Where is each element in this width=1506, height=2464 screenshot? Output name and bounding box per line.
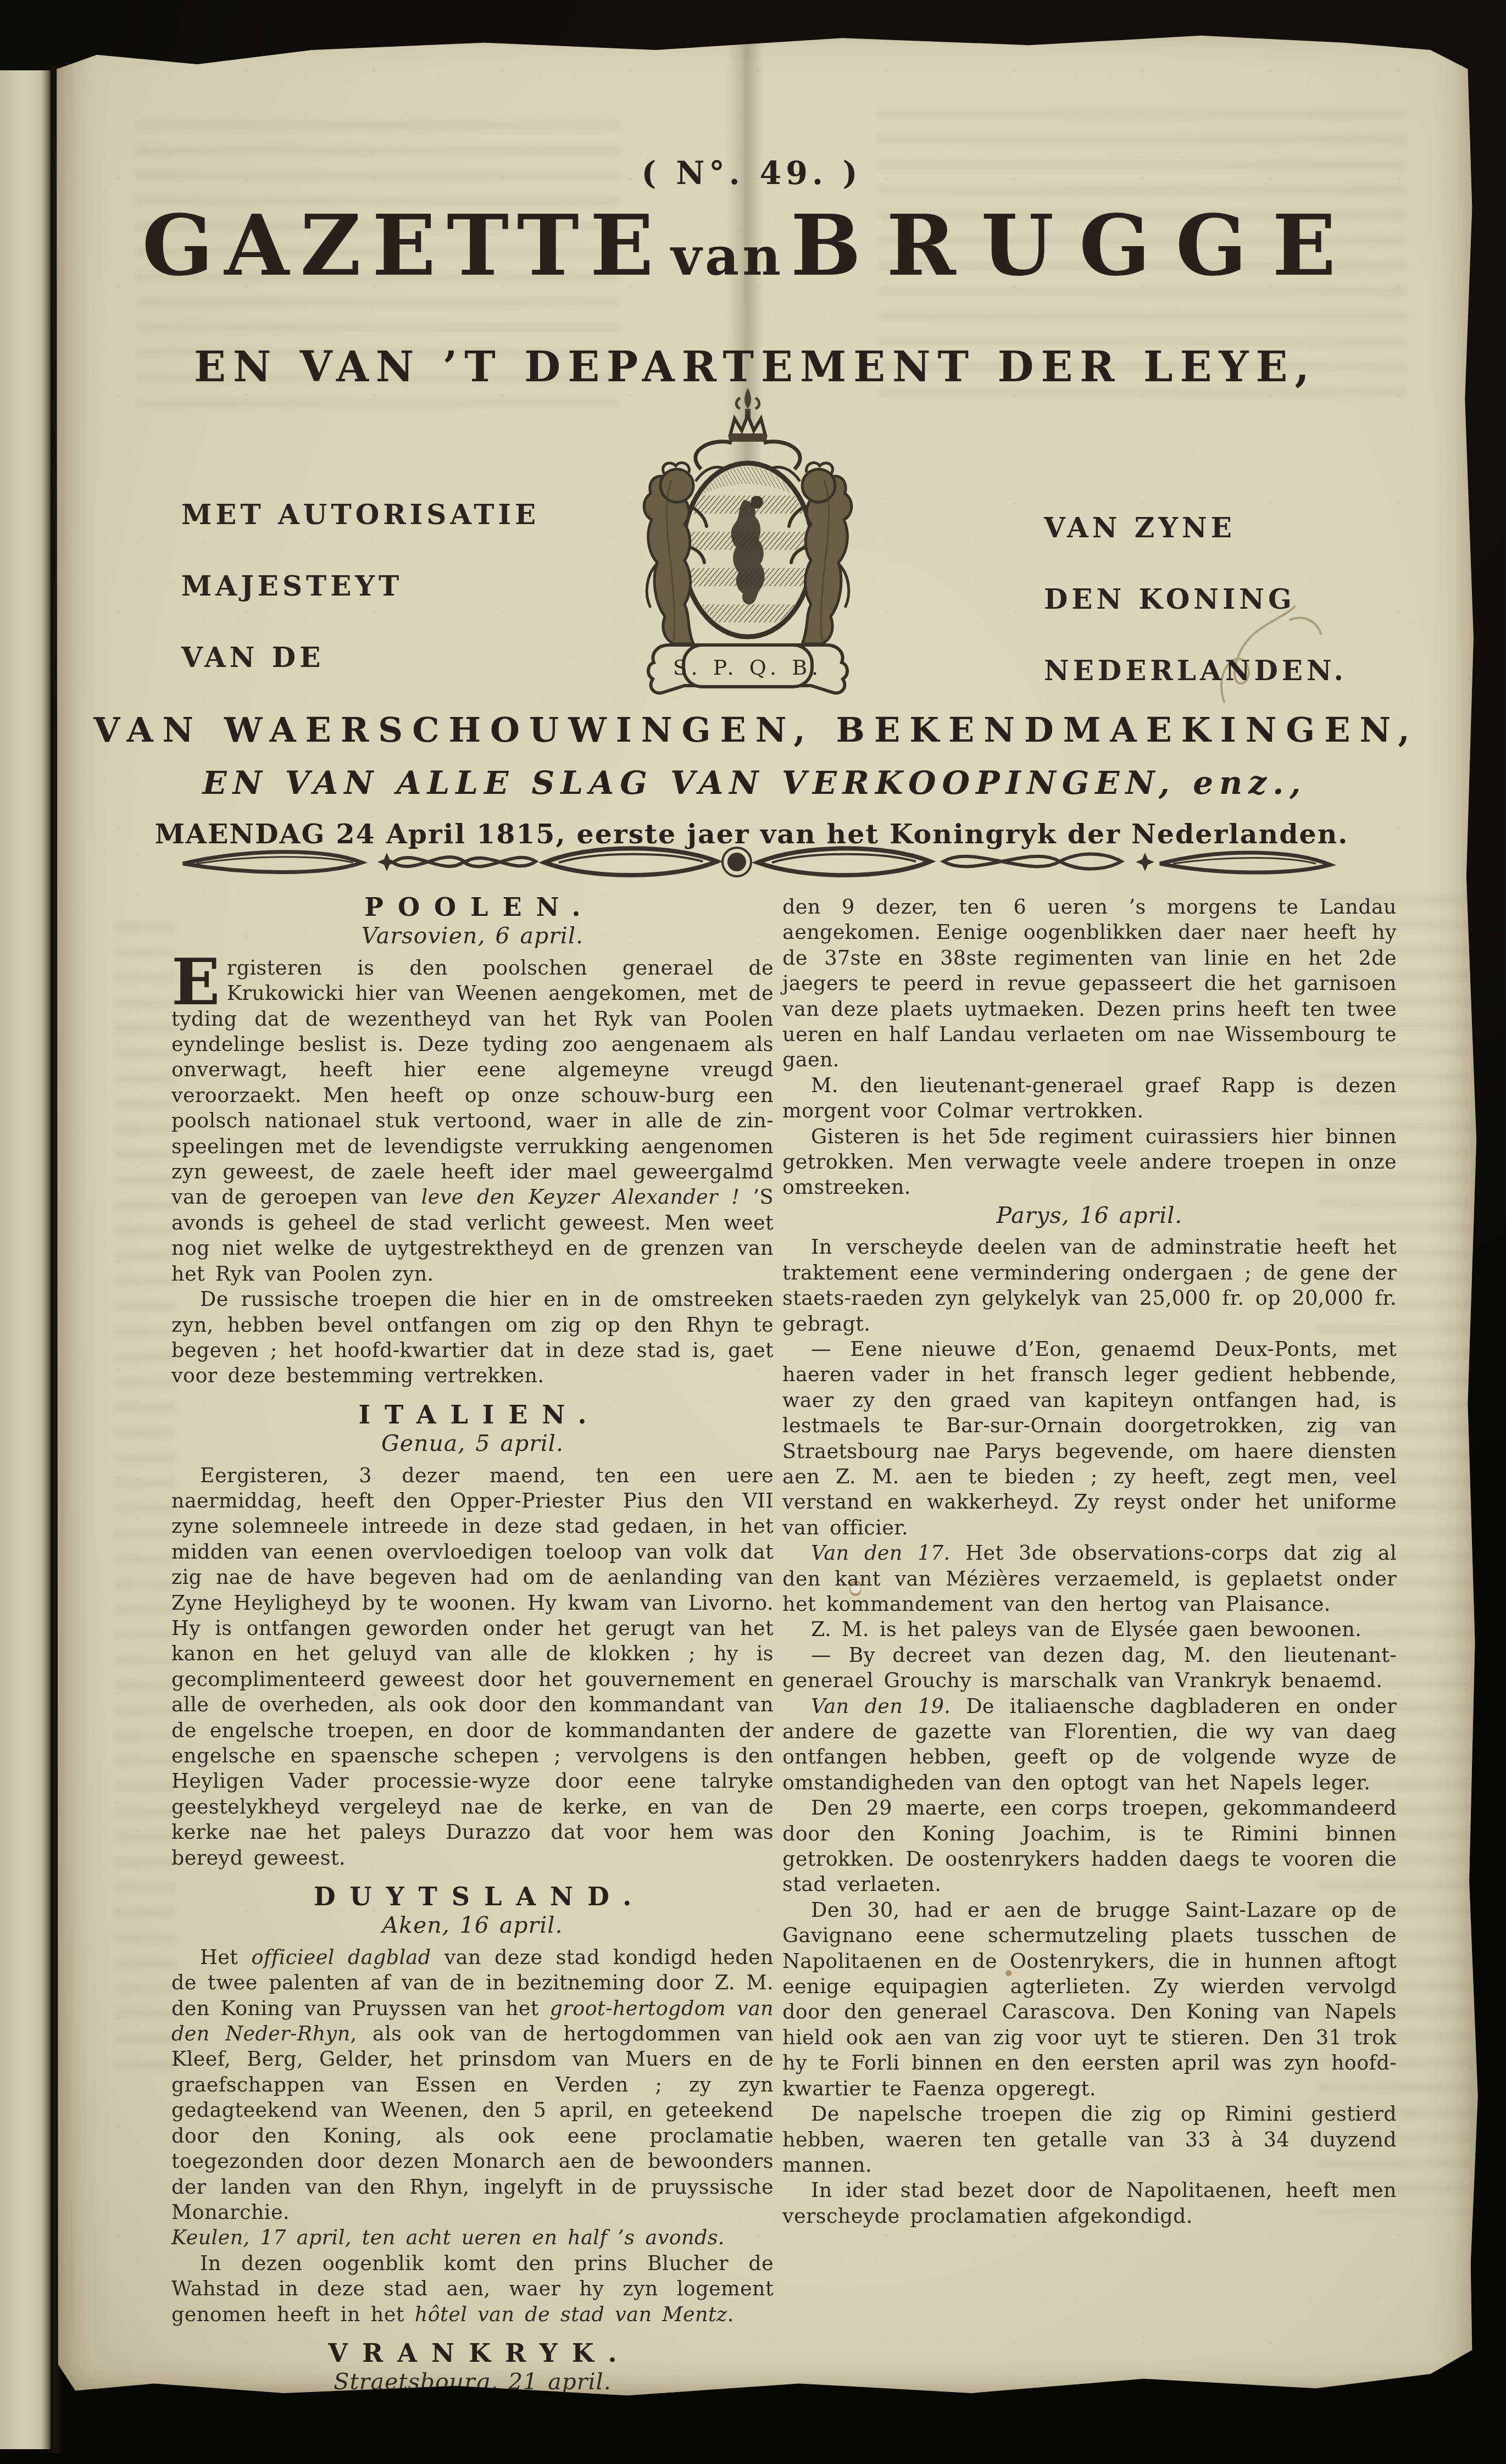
- newspaper-title: GAZETTE van BRUGGE: [54, 199, 1449, 318]
- dateline: Aken, 16 april.: [171, 1912, 774, 1938]
- news-paragraph: Het officieel dagblad van deze stad kond…: [171, 1945, 774, 2225]
- section-heading: ITALIEN.: [171, 1402, 774, 1427]
- dateline: Parys, 16 april.: [782, 1203, 1397, 1228]
- authorization-left: MET AUTORISATIE MAJESTEYT VAN DE: [181, 479, 540, 693]
- dateline: Straetsbourg, 21 april.: [171, 2369, 774, 2394]
- divider-ornament: [177, 841, 1342, 882]
- news-paragraph: Gisteren is het 5de regiment cuirassiers…: [782, 1124, 1397, 1200]
- news-paragraph: Den 29 maerte, een corps troepen, gekomm…: [782, 1795, 1397, 1898]
- news-paragraph: Den 30, had er aen de brugge Saint-Lazar…: [782, 1898, 1397, 2101]
- section-heading: POOLEN.: [171, 894, 774, 920]
- drop-cap: E: [171, 955, 227, 1006]
- news-paragraph: In dezen oogenblik komt den prins Bluche…: [171, 2251, 774, 2327]
- news-paragraph: — Eene nieuwe d’Eon, genaemd Deux-Ponts,…: [782, 1337, 1397, 1540]
- authorization-line: NEDERLANDEN.: [1044, 635, 1347, 707]
- coat-of-arms: S. P. Q. B.: [619, 382, 877, 707]
- news-paragraph: Van den 19. De italiaensche dagbladeren …: [782, 1694, 1397, 1796]
- news-paragraph: — By decreet van dezen dag, M. den lieut…: [782, 1643, 1397, 1694]
- crest-motto: S. P. Q. B.: [673, 655, 823, 680]
- banner-line-2: EN VAN ALLE SLAG VAN VERKOOPINGEN, enz.,: [54, 764, 1449, 802]
- authorization-line: VAN ZYNE: [1044, 492, 1347, 564]
- scanned-newspaper-photo: ( N°. 49. ) GAZETTE van BRUGGE EN VAN ’T…: [0, 0, 1506, 2464]
- masthead: ( N°. 49. ) GAZETTE van BRUGGE EN VAN ’T…: [54, 155, 1449, 391]
- masthead-banner: VAN WAERSCHOUWINGEN, BEKENDMAEKINGEN, EN…: [54, 710, 1449, 850]
- title-word-brugge: BRUGGE: [791, 196, 1361, 294]
- left-column: POOLEN.Varsovien, 6 april.Ergisteren is …: [171, 894, 774, 2427]
- authorization-line: MET AUTORISATIE: [181, 479, 540, 550]
- authorization-line: MAJESTEYT: [181, 550, 540, 622]
- adjacent-page-edge: [0, 70, 51, 2449]
- news-paragraph: De napelsche troepen die zig op Rimini g…: [782, 2101, 1397, 2178]
- dateline: Genua, 5 april.: [171, 1431, 774, 1456]
- news-paragraph: Van den 17. Het 3de observations-corps d…: [782, 1540, 1397, 1617]
- news-paragraph: Z. M. is het paleys van de Elysée gaen b…: [782, 1617, 1397, 1642]
- section-heading: VRANKRYK.: [171, 2340, 774, 2366]
- issue-number: ( N°. 49. ): [54, 155, 1449, 192]
- section-heading: DUYTSLAND.: [171, 1884, 774, 1909]
- news-paragraph: Eergisteren, 3 dezer maend, ten een uere…: [171, 1463, 774, 1871]
- showthrough-texture: [115, 923, 176, 2077]
- news-paragraph: Ergisteren is den poolschen generael de …: [171, 955, 774, 1287]
- dateline: Varsovien, 6 april.: [171, 923, 774, 948]
- authorization-line: VAN DE: [181, 622, 540, 693]
- newspaper-page: ( N°. 49. ) GAZETTE van BRUGGE EN VAN ’T…: [54, 16, 1488, 2407]
- title-word-van: van: [671, 225, 784, 287]
- news-paragraph: De russische troepen die hier en in de o…: [171, 1287, 774, 1389]
- news-paragraph: In verscheyde deelen van de adminstratie…: [782, 1234, 1397, 1337]
- news-paragraph: Keulen, 17 april, ten acht ueren en half…: [171, 2225, 774, 2250]
- news-paragraph: In ider stad bezet door de Napolitaenen,…: [782, 2178, 1397, 2229]
- banner-line-1: VAN WAERSCHOUWINGEN, BEKENDMAEKINGEN,: [54, 710, 1449, 750]
- news-paragraph: M. den lieutenant-generael graef Rapp is…: [782, 1073, 1397, 1124]
- news-paragraph: M. den marschalk Ney, prins van de Mosko…: [171, 2401, 774, 2427]
- news-paragraph: den 9 dezer, ten 6 ueren ’s morgens te L…: [782, 894, 1397, 1073]
- authorization-line: DEN KONING: [1044, 564, 1347, 635]
- authorization-right: VAN ZYNE DEN KONING NEDERLANDEN.: [1044, 492, 1347, 707]
- title-word-gazette: GAZETTE: [142, 196, 665, 294]
- right-column: den 9 dezer, ten 6 ueren ’s morgens te L…: [782, 894, 1397, 2229]
